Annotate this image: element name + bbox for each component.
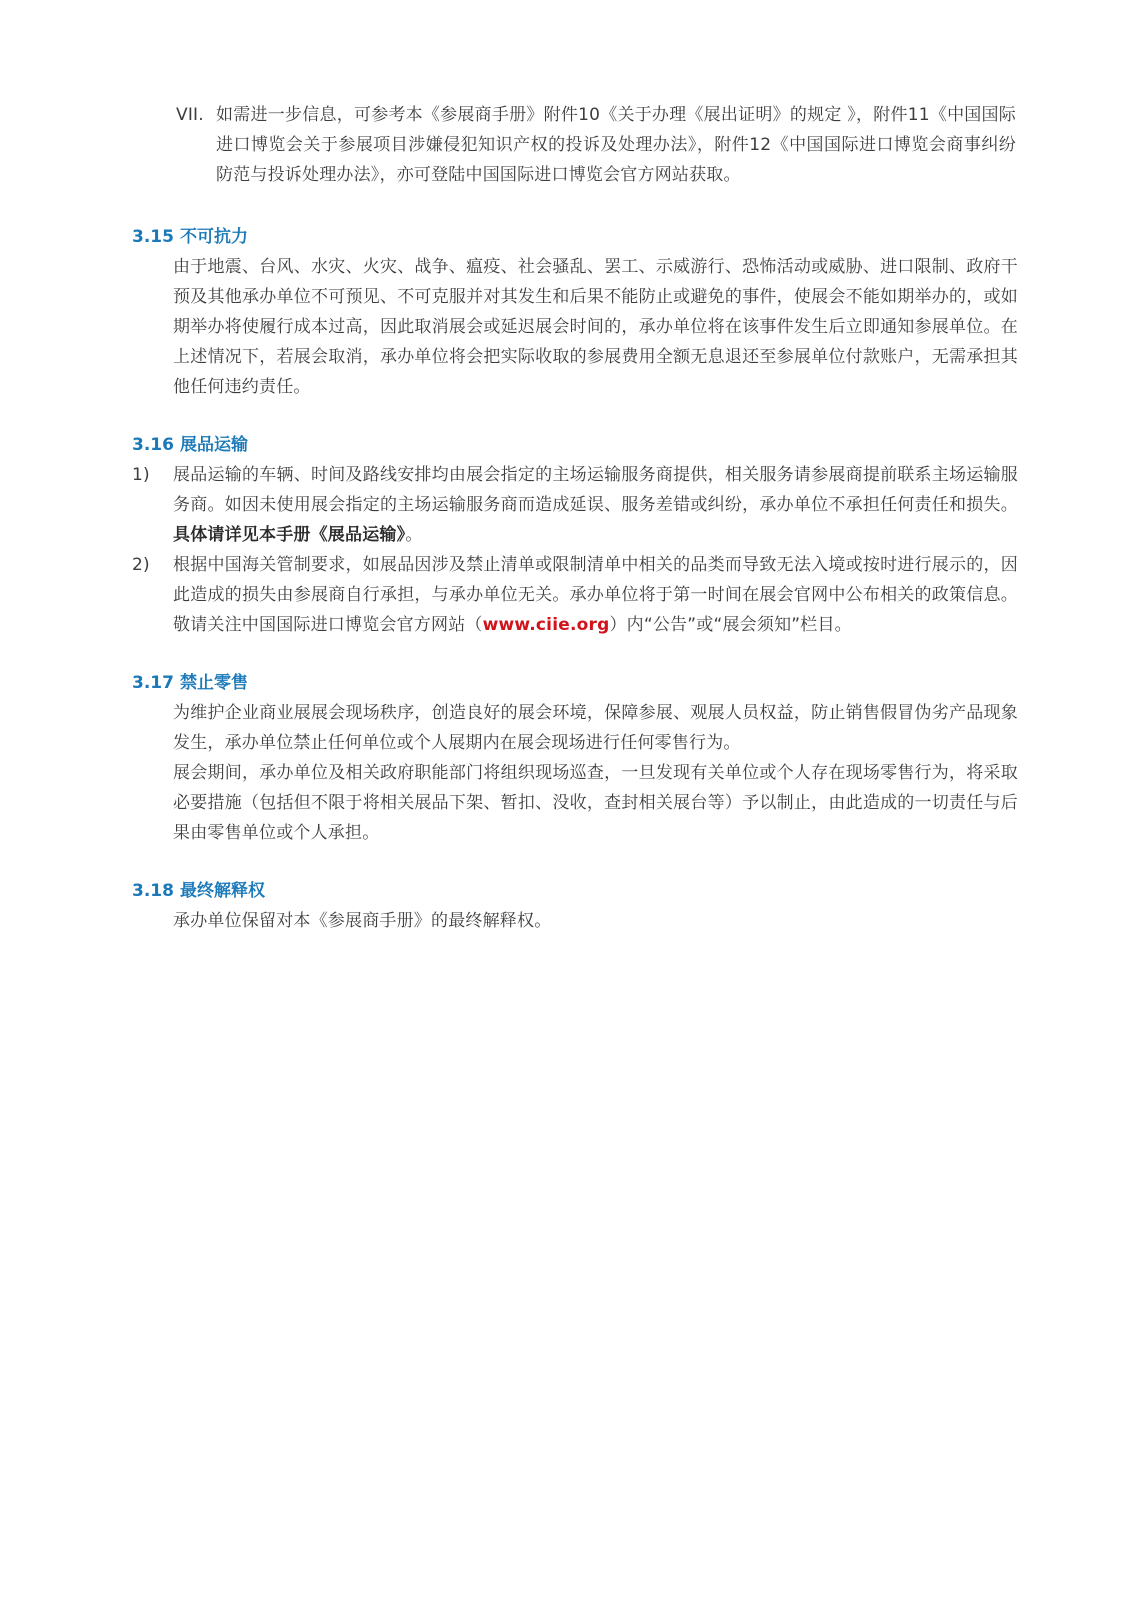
list-marker: 2)	[132, 550, 150, 580]
section-number: 3.15	[132, 227, 174, 247]
section-body: 承办单位保留对本《参展商手册》的最终解释权。	[173, 906, 1018, 936]
section-title: 不可抗力	[180, 227, 248, 247]
paragraph: 由于地震、台风、水灾、火灾、战争、瘟疫、社会骚乱、罢工、示威游行、恐怖活动或威胁…	[173, 252, 1018, 402]
section-title: 禁止零售	[180, 673, 248, 693]
section-number: 3.16	[132, 435, 174, 455]
paragraph: 为维护企业商业展展会现场秩序，创造良好的展会环境，保障参展、观展人员权益，防止销…	[173, 698, 1018, 758]
section-title: 最终解释权	[180, 881, 265, 901]
section-3-15: 3.15不可抗力 由于地震、台风、水灾、火灾、战争、瘟疫、社会骚乱、罢工、示威游…	[132, 222, 1018, 402]
ciie-website-link[interactable]: www.ciie.org	[483, 615, 610, 635]
list-item-suffix: 。	[405, 525, 422, 545]
paragraph: 展会期间，承办单位及相关政府职能部门将组织现场巡查，一旦发现有关单位或个人存在现…	[173, 758, 1018, 848]
section-3-17: 3.17禁止零售 为维护企业商业展展会现场秩序，创造良好的展会环境，保障参展、观…	[132, 668, 1018, 848]
list-item-text: 展品运输的车辆、时间及路线安排均由展会指定的主场运输服务商提供，相关服务请参展商…	[173, 465, 1018, 515]
section-heading: 3.15不可抗力	[132, 222, 1018, 252]
section-heading: 3.16展品运输	[132, 430, 1018, 460]
bold-reference: 具体请详见本手册《展品运输》	[173, 525, 405, 545]
section-number: 3.17	[132, 673, 174, 693]
section-3-18: 3.18最终解释权 承办单位保留对本《参展商手册》的最终解释权。	[132, 876, 1018, 936]
section-number: 3.18	[132, 881, 174, 901]
section-body: 为维护企业商业展展会现场秩序，创造良好的展会环境，保障参展、观展人员权益，防止销…	[173, 698, 1018, 848]
document-page: VII. 如需进一步信息，可参考本《参展商手册》附件10《关于办理《展出证明》的…	[0, 0, 1131, 1600]
list-marker: VII.	[176, 100, 214, 130]
section-heading: 3.18最终解释权	[132, 876, 1018, 906]
list-item-1: 1) 展品运输的车辆、时间及路线安排均由展会指定的主场运输服务商提供，相关服务请…	[132, 460, 1018, 550]
list-item-text: 如需进一步信息，可参考本《参展商手册》附件10《关于办理《展出证明》的规定 》，…	[216, 100, 1016, 190]
section-3-16: 3.16展品运输 1) 展品运输的车辆、时间及路线安排均由展会指定的主场运输服务…	[132, 430, 1018, 640]
paragraph: 承办单位保留对本《参展商手册》的最终解释权。	[173, 906, 1018, 936]
list-marker: 1)	[132, 460, 150, 490]
numbered-list: 1) 展品运输的车辆、时间及路线安排均由展会指定的主场运输服务商提供，相关服务请…	[132, 460, 1018, 640]
section-heading: 3.17禁止零售	[132, 668, 1018, 698]
section-title: 展品运输	[180, 435, 248, 455]
list-item-2: 2) 根据中国海关管制要求，如展品因涉及禁止清单或限制清单中相关的品类而导致无法…	[132, 550, 1018, 640]
list-item-suffix: ）内“公告”或“展会须知”栏目。	[609, 615, 851, 635]
list-item-vii: VII. 如需进一步信息，可参考本《参展商手册》附件10《关于办理《展出证明》的…	[176, 100, 1016, 190]
section-body: 由于地震、台风、水灾、火灾、战争、瘟疫、社会骚乱、罢工、示威游行、恐怖活动或威胁…	[173, 252, 1018, 402]
